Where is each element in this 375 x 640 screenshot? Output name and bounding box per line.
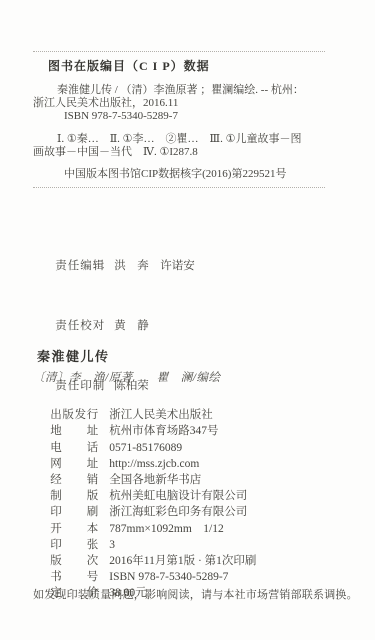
cip-record-number: 中国版本图书馆CIP数据核字(2016)第229521号 — [33, 168, 343, 181]
cip-isbn-line: ISBN 978-7-5340-5289-7 — [33, 110, 343, 123]
pub-value-phone: 0571-85176089 — [109, 442, 182, 454]
cip-classification-line-1: Ⅰ. ①秦… Ⅱ. ①李… ②瞿… Ⅲ. ①儿童故事－图 — [33, 133, 343, 146]
pub-value-publisher: 浙江人民美术出版社 — [109, 409, 213, 421]
dotted-divider-bottom — [33, 187, 325, 188]
pub-label-distribution: 经销 — [50, 472, 98, 488]
pub-value-distribution: 全国各地新华书店 — [109, 474, 201, 486]
book-authors: 〔清〕李 渔/原著 瞿 澜/编绘 — [33, 369, 220, 385]
pub-label-website: 网址 — [50, 456, 98, 472]
pub-value-address: 杭州市体育场路347号 — [109, 425, 218, 437]
quality-note: 如发现印装质量问题，影响阅读，请与本社市场营销部联系调换。 — [33, 586, 358, 602]
pub-value-format: 787mm×1092mm 1/12 — [109, 523, 223, 535]
pub-value-printing: 浙江海虹彩色印务有限公司 — [109, 506, 247, 518]
pub-value-website: http://mss.zjcb.com — [109, 458, 199, 470]
cip-record-line-1: 秦淮健儿传 / （清）李渔原著 ；瞿澜编绘. -- 杭州： — [33, 84, 343, 97]
credit-label-proofreader: 责任校对 — [55, 320, 105, 332]
pub-label-address: 地址 — [50, 423, 98, 439]
cip-block: 秦淮健儿传 / （清）李渔原著 ；瞿澜编绘. -- 杭州： 浙江人民美术出版社，… — [33, 84, 343, 180]
cip-heading: 图书在版编目（C I P）数据 — [48, 57, 210, 74]
pub-label-isbn: 书号 — [50, 569, 98, 585]
staff-credits: 责任编辑洪 奔 许诺安 责任校对黄 静 责任印制陈柏荣 — [38, 236, 195, 416]
pub-label-plate-making: 制版 — [50, 488, 98, 504]
pub-label-edition: 版次 — [50, 553, 98, 569]
pub-label-sheets: 印张 — [50, 537, 98, 553]
credit-row-editor: 责任编辑洪 奔 许诺安 — [38, 236, 195, 296]
copyright-page: 图书在版编目（C I P）数据 秦淮健儿传 / （清）李渔原著 ；瞿澜编绘. -… — [0, 0, 375, 640]
cip-classification-line-2: 画故事－中国－当代 Ⅳ. ①I287.8 — [33, 146, 343, 159]
pub-value-isbn: ISBN 978-7-5340-5289-7 — [109, 571, 228, 583]
pub-label-publisher: 出版发行 — [50, 407, 98, 423]
pub-label-phone: 电话 — [50, 440, 98, 456]
publication-details: 出版发行浙江人民美术出版社 地址杭州市体育场路347号 电话0571-85176… — [33, 391, 256, 585]
dotted-divider-top — [33, 51, 325, 52]
credit-names-editor: 洪 奔 许诺安 — [114, 260, 195, 272]
credit-label-editor: 责任编辑 — [55, 260, 105, 272]
pub-row-publisher: 出版发行浙江人民美术出版社 — [33, 391, 256, 407]
credit-names-proofreader: 黄 静 — [114, 320, 149, 332]
cip-record-line-2: 浙江人民美术出版社，2016.11 — [33, 97, 343, 110]
pub-label-format: 开本 — [50, 521, 98, 537]
pub-value-sheets: 3 — [109, 539, 115, 551]
pub-label-printing: 印刷 — [50, 504, 98, 520]
book-title: 秦淮健儿传 — [37, 346, 110, 365]
pub-value-plate-making: 杭州美虹电脑设计有限公司 — [109, 490, 247, 502]
pub-value-edition: 2016年11月第1版 · 第1次印刷 — [109, 555, 256, 567]
